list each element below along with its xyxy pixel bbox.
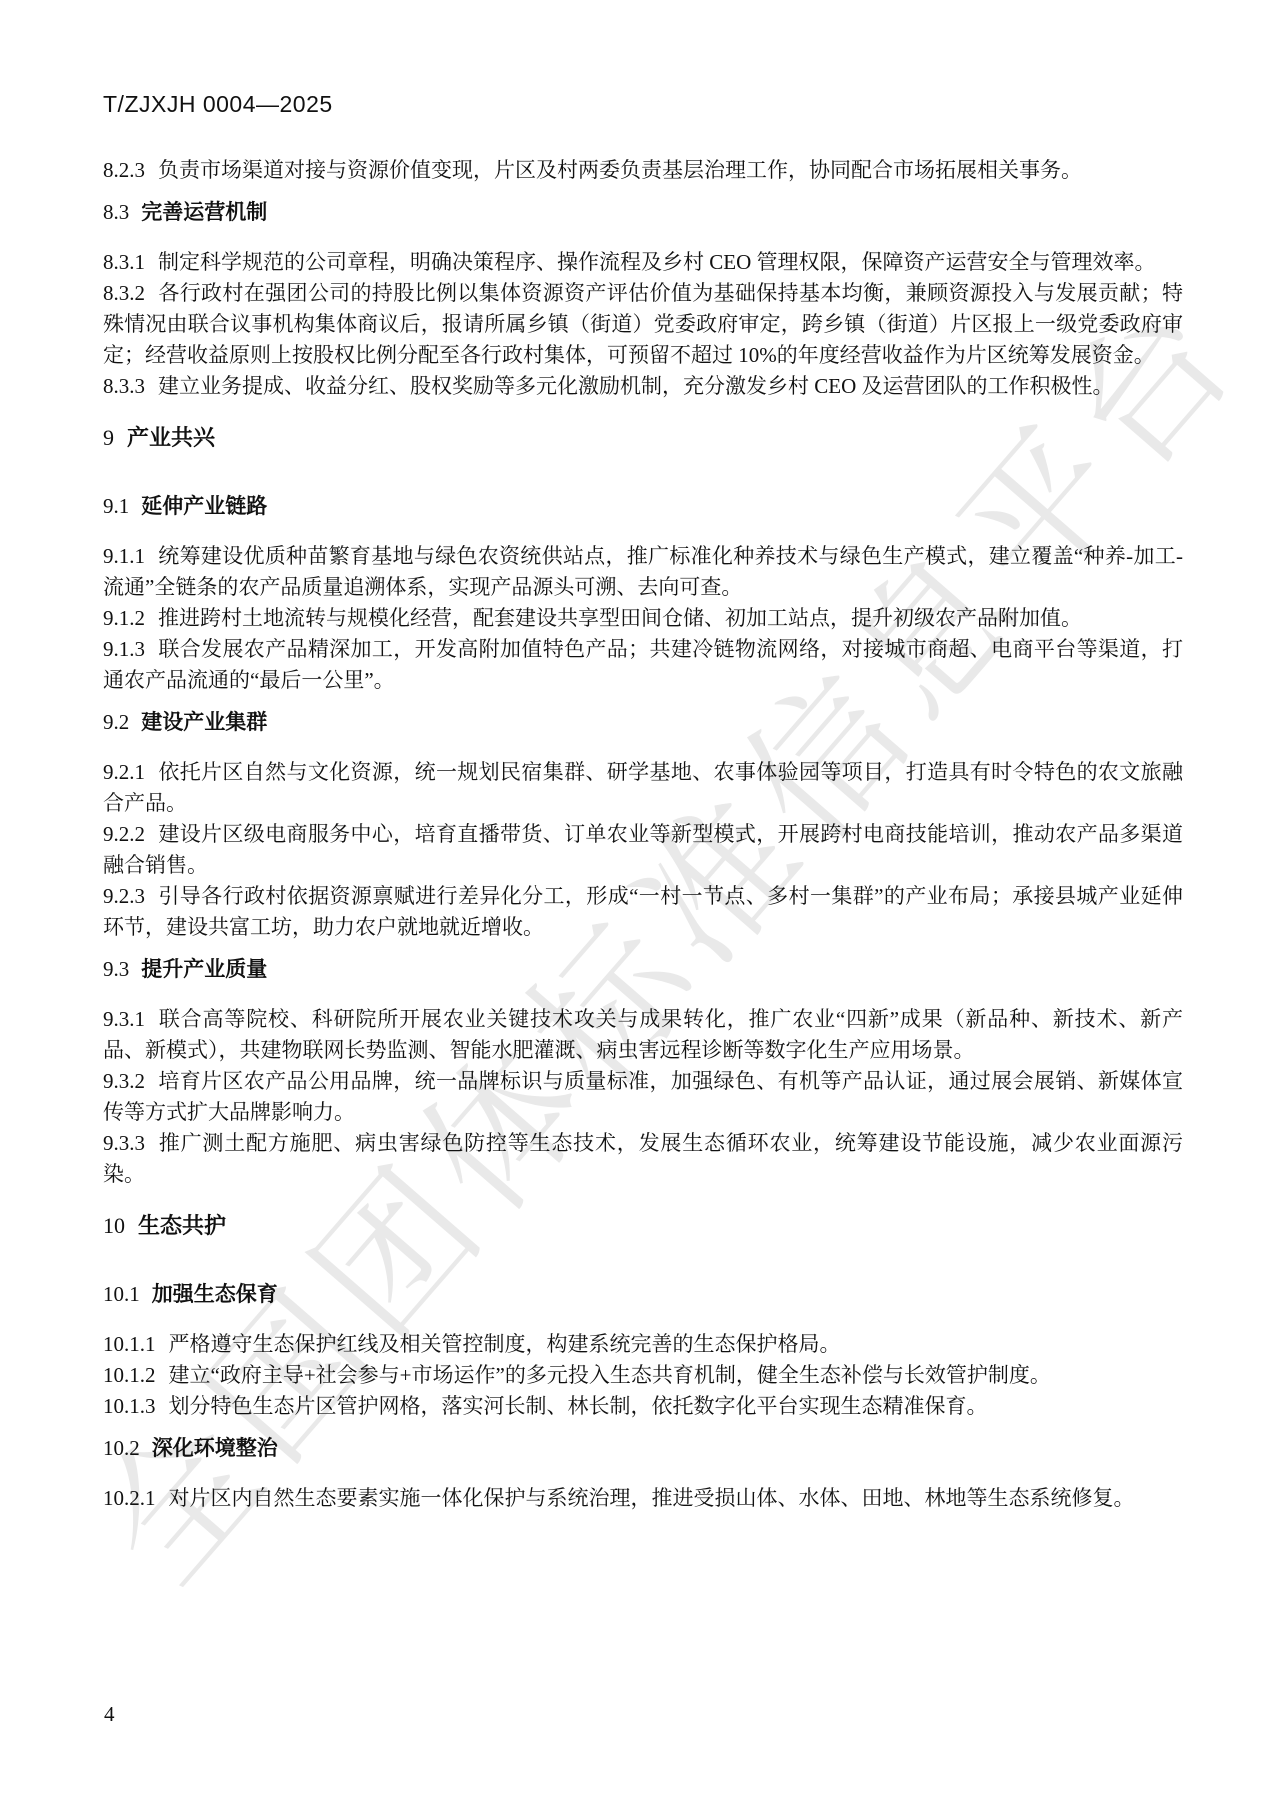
heading-9: 9产业共兴 — [103, 424, 1183, 480]
clause-10-1-3: 10.1.3划分特色生态片区管护网格，落实河长制、林长制，依托数字化平台实现生态… — [103, 1391, 1183, 1422]
clause-number: 8.3.3 — [103, 374, 145, 398]
clause-number: 10.1.3 — [103, 1394, 156, 1418]
clause-text: 制定科学规范的公司章程，明确决策程序、操作流程及乡村 CEO 管理权限，保障资产… — [158, 250, 1156, 274]
heading-label: 建设产业集群 — [141, 711, 267, 734]
page-content: T/ZJXJH 0004—2025 8.2.3负责市场渠道对接与资源价值变现，片… — [0, 0, 1280, 1514]
clause-10-1-1: 10.1.1严格遵守生态保护红线及相关管控制度，构建系统完善的生态保护格局。 — [103, 1329, 1183, 1360]
document-page: 全国团体标准信息平台 T/ZJXJH 0004—2025 8.2.3负责市场渠道… — [0, 0, 1280, 1810]
clause-text: 建立业务提成、收益分红、股权奖励等多元化激励机制，充分激发乡村 CEO 及运营团… — [158, 374, 1114, 398]
clause-9-3-3: 9.3.3推广测土配方施肥、病虫害绿色防控等生态技术，发展生态循环农业，统筹建设… — [103, 1128, 1183, 1190]
clause-text: 推进跨村土地流转与规模化经营，配套建设共享型田间仓储、初加工站点，提升初级农产品… — [158, 606, 1082, 630]
clause-number: 8.2.3 — [103, 158, 145, 182]
clause-text: 依托片区自然与文化资源，统一规划民宿集群、研学基地、农事体验园等项目，打造具有时… — [103, 760, 1183, 815]
heading-label: 加强生态保育 — [152, 1283, 278, 1306]
clause-number: 9.2.1 — [103, 760, 145, 784]
heading-number: 10 — [103, 1213, 125, 1238]
clause-9-2-2: 9.2.2建设片区级电商服务中心，培育直播带货、订单农业等新型模式，开展跨村电商… — [103, 819, 1183, 881]
heading-8-3: 8.3完善运营机制 — [103, 199, 1183, 247]
clause-8-3-2: 8.3.2各行政村在强团公司的持股比例以集体资源资产评估价值为基础保持基本均衡，… — [103, 278, 1183, 371]
clause-8-3-3: 8.3.3建立业务提成、收益分红、股权奖励等多元化激励机制，充分激发乡村 CEO… — [103, 371, 1183, 402]
clause-9-1-3: 9.1.3联合发展农产品精深加工，开发高附加值特色产品；共建冷链物流网络，对接城… — [103, 634, 1183, 696]
clause-number: 8.3.1 — [103, 250, 145, 274]
clause-text: 引导各行政村依据资源禀赋进行差异化分工，形成“一村一节点、多村一集群”的产业布局… — [103, 884, 1183, 939]
clause-text: 各行政村在强团公司的持股比例以集体资源资产评估价值为基础保持基本均衡，兼顾资源投… — [103, 281, 1183, 367]
clause-text: 建设片区级电商服务中心，培育直播带货、订单农业等新型模式，开展跨村电商技能培训，… — [103, 822, 1183, 877]
clause-number: 9.2.3 — [103, 884, 145, 908]
clause-text: 培育片区农产品公用品牌，统一品牌标识与质量标准，加强绿色、有机等产品认证，通过展… — [103, 1069, 1183, 1124]
clause-8-3-1: 8.3.1制定科学规范的公司章程，明确决策程序、操作流程及乡村 CEO 管理权限… — [103, 247, 1183, 278]
clause-number: 10.1.1 — [103, 1332, 156, 1356]
heading-number: 9 — [103, 425, 114, 450]
heading-label: 生态共护 — [138, 1213, 226, 1238]
clause-10-2-1: 10.2.1对片区内自然生态要素实施一体化保护与系统治理，推进受损山体、水体、田… — [103, 1483, 1183, 1514]
clause-number: 9.3.2 — [103, 1069, 145, 1093]
heading-10-2: 10.2深化环境整治 — [103, 1435, 1183, 1483]
clause-text: 统筹建设优质种苗繁育基地与绿色农资统供站点，推广标准化种养技术与绿色生产模式，建… — [103, 544, 1183, 599]
clause-number: 9.1.1 — [103, 544, 145, 568]
clause-number: 9.1.3 — [103, 637, 145, 661]
clause-text: 划分特色生态片区管护网格，落实河长制、林长制，依托数字化平台实现生态精准保育。 — [169, 1394, 988, 1418]
heading-number: 9.3 — [103, 957, 129, 981]
heading-label: 产业共兴 — [127, 425, 215, 450]
heading-10-1: 10.1加强生态保育 — [103, 1281, 1183, 1329]
heading-number: 8.3 — [103, 200, 129, 224]
heading-number: 10.1 — [103, 1282, 140, 1306]
standard-code-header: T/ZJXJH 0004—2025 — [103, 91, 1183, 117]
clause-text: 联合发展农产品精深加工，开发高附加值特色产品；共建冷链物流网络，对接城市商超、电… — [103, 637, 1183, 692]
clause-number: 8.3.2 — [103, 281, 145, 305]
heading-label: 延伸产业链路 — [141, 495, 267, 518]
clause-text: 联合高等院校、科研院所开展农业关键技术攻关与成果转化，推广农业“四新”成果（新品… — [103, 1007, 1183, 1062]
heading-label: 深化环境整治 — [152, 1437, 278, 1460]
heading-number: 9.2 — [103, 710, 129, 734]
clause-text: 负责市场渠道对接与资源价值变现，片区及村两委负责基层治理工作，协同配合市场拓展相… — [158, 158, 1082, 182]
heading-label: 提升产业质量 — [141, 958, 267, 981]
clause-9-1-1: 9.1.1统筹建设优质种苗繁育基地与绿色农资统供站点，推广标准化种养技术与绿色生… — [103, 541, 1183, 603]
clause-9-2-3: 9.2.3引导各行政村依据资源禀赋进行差异化分工，形成“一村一节点、多村一集群”… — [103, 881, 1183, 943]
clause-9-2-1: 9.2.1依托片区自然与文化资源，统一规划民宿集群、研学基地、农事体验园等项目，… — [103, 757, 1183, 819]
clause-number: 9.1.2 — [103, 606, 145, 630]
clause-10-1-2: 10.1.2建立“政府主导+社会参与+市场运作”的多元投入生态共育机制，健全生态… — [103, 1360, 1183, 1391]
clause-9-3-2: 9.3.2培育片区农产品公用品牌，统一品牌标识与质量标准，加强绿色、有机等产品认… — [103, 1066, 1183, 1128]
heading-number: 10.2 — [103, 1436, 140, 1460]
heading-9-2: 9.2建设产业集群 — [103, 709, 1183, 757]
heading-9-1: 9.1延伸产业链路 — [103, 493, 1183, 541]
clause-text: 对片区内自然生态要素实施一体化保护与系统治理，推进受损山体、水体、田地、林地等生… — [169, 1486, 1135, 1510]
clause-text: 严格遵守生态保护红线及相关管控制度，构建系统完善的生态保护格局。 — [169, 1332, 841, 1356]
clause-9-3-1: 9.3.1联合高等院校、科研院所开展农业关键技术攻关与成果转化，推广农业“四新”… — [103, 1004, 1183, 1066]
heading-number: 9.1 — [103, 494, 129, 518]
clause-number: 10.1.2 — [103, 1363, 156, 1387]
clause-number: 9.3.1 — [103, 1007, 145, 1031]
clause-text: 推广测土配方施肥、病虫害绿色防控等生态技术，发展生态循环农业，统筹建设节能设施，… — [103, 1131, 1183, 1186]
clause-number: 9.2.2 — [103, 822, 145, 846]
clause-number: 10.2.1 — [103, 1486, 156, 1510]
clause-9-1-2: 9.1.2推进跨村土地流转与规模化经营，配套建设共享型田间仓储、初加工站点，提升… — [103, 603, 1183, 634]
clause-text: 建立“政府主导+社会参与+市场运作”的多元投入生态共育机制，健全生态补偿与长效管… — [169, 1363, 1051, 1387]
clause-number: 9.3.3 — [103, 1131, 145, 1155]
heading-10: 10生态共护 — [103, 1212, 1183, 1268]
heading-9-3: 9.3提升产业质量 — [103, 956, 1183, 1004]
clause-8-2-3: 8.2.3负责市场渠道对接与资源价值变现，片区及村两委负责基层治理工作，协同配合… — [103, 155, 1183, 186]
page-number: 4 — [104, 1702, 115, 1727]
heading-label: 完善运营机制 — [141, 201, 267, 224]
